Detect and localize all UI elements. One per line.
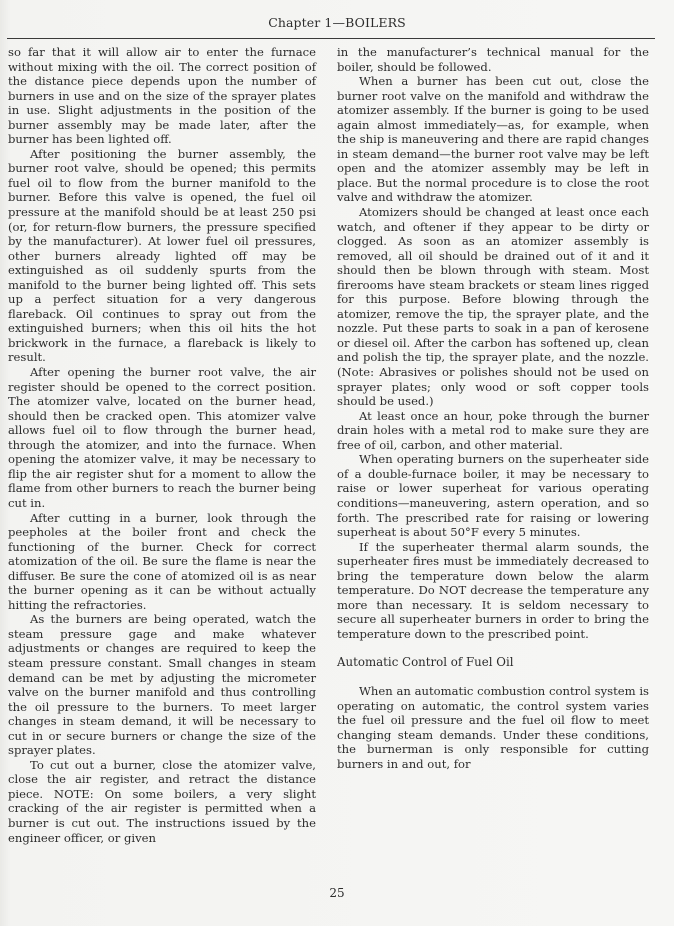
running-head: Chapter 1—BOILERS (0, 15, 674, 30)
book-page: Chapter 1—BOILERS so far that it will al… (0, 0, 674, 926)
paragraph: After opening the burner root valve, the… (8, 365, 316, 510)
paragraph: If the superheater thermal alarm sounds,… (337, 540, 649, 642)
header-rule (7, 38, 505, 39)
paragraph: When an automatic combustion control sys… (337, 684, 649, 771)
right-column: in the manufacturer’s technical manual f… (337, 45, 649, 771)
paragraph: Atomizers should be changed at least onc… (337, 205, 649, 409)
paragraph: After cutting in a burner, look through … (8, 511, 316, 613)
paragraph: As the burners are being operated, watch… (8, 612, 316, 757)
header-rule-extension (505, 38, 655, 39)
left-column: so far that it will allow air to enter t… (8, 45, 316, 845)
paragraph: To cut out a burner, close the atomizer … (8, 758, 316, 845)
paragraph: in the manufacturer’s technical manual f… (337, 45, 649, 74)
section-heading: Automatic Control of Fuel Oil (337, 655, 649, 670)
paragraph: After positioning the burner assembly, t… (8, 147, 316, 365)
paragraph: so far that it will allow air to enter t… (8, 45, 316, 147)
paragraph: When operating burners on the superheate… (337, 452, 649, 539)
paragraph: At least once an hour, poke through the … (337, 409, 649, 453)
page-number: 25 (0, 886, 674, 900)
paragraph: When a burner has been cut out, close th… (337, 74, 649, 205)
